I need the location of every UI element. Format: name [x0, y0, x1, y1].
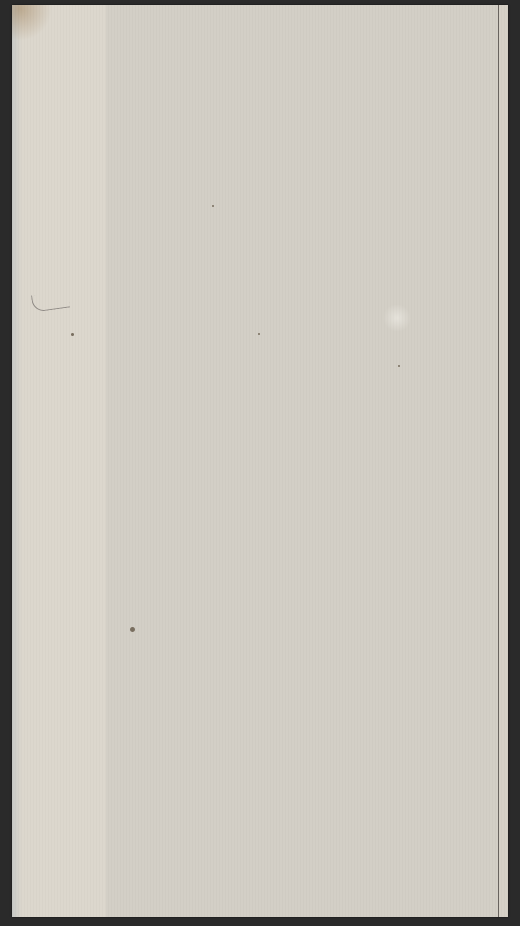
paper-blemish: [382, 305, 412, 331]
speck-mark: [71, 333, 74, 336]
speck-mark: [258, 333, 260, 335]
page-edge-tint: [12, 5, 22, 917]
corner-stain: [12, 5, 52, 41]
speck-mark: [130, 627, 135, 632]
right-page-fold: [498, 5, 508, 917]
left-margin-strip: [12, 5, 106, 917]
speck-mark: [212, 205, 214, 207]
speck-mark: [398, 365, 400, 367]
page-body-area: [106, 5, 498, 917]
scanned-page: [12, 5, 508, 917]
